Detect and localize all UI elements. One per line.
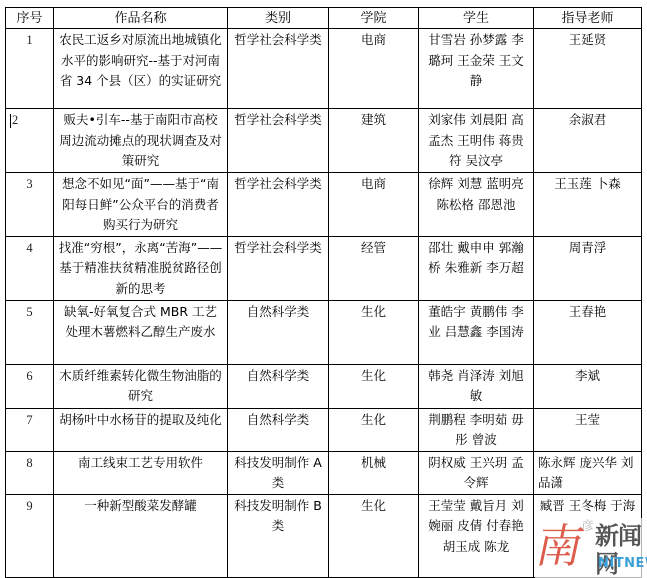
header-title: 作品名称 bbox=[54, 8, 228, 29]
watermark-english-text: NITNEWS bbox=[598, 556, 647, 572]
header-students: 学生 bbox=[419, 8, 534, 29]
project-title: 贩夫•引车--基于南阳市高校周边流动摊点的现状调查及对策研究 bbox=[54, 109, 228, 173]
students: 刘家伟 刘晨阳 高孟杰 王明伟 蒋贵符 吴汶亭 bbox=[419, 109, 534, 173]
advisor: 余淑君 bbox=[534, 109, 642, 173]
project-title: 找准“穷根”，永离“苦海”——基于精准扶贫精准脱贫路径创新的思考 bbox=[54, 236, 228, 300]
row-number: 7 bbox=[6, 408, 54, 451]
award-table: 序号 作品名称 类别 学院 学生 指导老师 1 农民工返乡对原流出地城镇化水平的… bbox=[5, 7, 642, 578]
row-number: 6 bbox=[6, 364, 54, 408]
students: 荆鹏程 李明茹 毋彤 曾波 bbox=[419, 408, 534, 451]
row-number: 3 bbox=[6, 173, 54, 237]
news-site-watermark: 南 新闻网 NITNEWS bbox=[535, 518, 647, 578]
project-title: 南工线束工艺专用软件 bbox=[54, 451, 228, 494]
college: 生化 bbox=[329, 364, 419, 408]
table-row: 1 农民工返乡对原流出地城镇化水平的影响研究--基于对河南省 34 个县（区）的… bbox=[6, 29, 642, 109]
advisor: 王莹 bbox=[534, 408, 642, 451]
row-number: 4 bbox=[6, 236, 54, 300]
category: 哲学社会科学类 bbox=[228, 109, 329, 173]
table-row: 3 想念不如见“面”——基于“南阳每日鲜”公众平台的消费者购买行为研究 哲学社会… bbox=[6, 173, 642, 237]
advisor: 陈永辉 庞兴华 刘品潇 bbox=[534, 451, 642, 494]
project-title: 想念不如见“面”——基于“南阳每日鲜”公众平台的消费者购买行为研究 bbox=[54, 173, 228, 237]
table-row: 8 南工线束工艺专用软件 科技发明制作 A 类 机械 阴权威 王兴玥 孟令辉 陈… bbox=[6, 451, 642, 494]
project-title: 胡杨叶中水杨苷的提取及纯化 bbox=[54, 408, 228, 451]
row-number: 1 bbox=[6, 29, 54, 109]
students: 董皓宇 黄鹏伟 李业 吕慧鑫 李国涛 bbox=[419, 300, 534, 364]
students: 阴权威 王兴玥 孟令辉 bbox=[419, 451, 534, 494]
header-college: 学院 bbox=[329, 8, 419, 29]
category: 哲学社会科学类 bbox=[228, 173, 329, 237]
category: 哲学社会科学类 bbox=[228, 29, 329, 109]
category: 科技发明制作 A 类 bbox=[228, 451, 329, 494]
college: 经管 bbox=[329, 236, 419, 300]
category: 科技发明制作 B 类 bbox=[228, 494, 329, 577]
project-title: 一种新型酸菜发酵罐 bbox=[54, 494, 228, 577]
project-title: 木质纤维素转化微生物油脂的研究 bbox=[54, 364, 228, 408]
college: 建筑 bbox=[329, 109, 419, 173]
advisor: 王春艳 bbox=[534, 300, 642, 364]
category: 哲学社会科学类 bbox=[228, 236, 329, 300]
table-row: 7 胡杨叶中水杨苷的提取及纯化 自然科学类 生化 荆鹏程 李明茹 毋彤 曾波 王… bbox=[6, 408, 642, 451]
header-row: 序号 作品名称 类别 学院 学生 指导老师 bbox=[6, 8, 642, 29]
students: 徐辉 刘慧 蓝明亮 陈松格 邵恩池 bbox=[419, 173, 534, 237]
advisor: 王玉莲 卜森 bbox=[534, 173, 642, 237]
row-number: 9 bbox=[6, 494, 54, 577]
row-number: 2 bbox=[6, 109, 54, 173]
college: 生化 bbox=[329, 300, 419, 364]
advisor: 周青浮 bbox=[534, 236, 642, 300]
project-title: 缺氧-好氧复合式 MBR 工艺处理木薯燃料乙醇生产废水 bbox=[54, 300, 228, 364]
header-category: 类别 bbox=[228, 8, 329, 29]
college: 电商 bbox=[329, 173, 419, 237]
students: 王莹莹 戴旨月 刘婉丽 皮倩 付春艳 胡玉成 陈龙 bbox=[419, 494, 534, 577]
row-number-value: 2 bbox=[12, 113, 18, 127]
table-row: 2 贩夫•引车--基于南阳市高校周边流动摊点的现状调查及对策研究 哲学社会科学类… bbox=[6, 109, 642, 173]
table-row: 4 找准“穷根”，永离“苦海”——基于精准扶贫精准脱贫路径创新的思考 哲学社会科… bbox=[6, 236, 642, 300]
text-cursor bbox=[10, 114, 11, 128]
students: 邵壮 戴申申 郭瀚桥 朱雅新 李万超 bbox=[419, 236, 534, 300]
college: 电商 bbox=[329, 29, 419, 109]
header-advisor: 指导老师 bbox=[534, 8, 642, 29]
table-row: 5 缺氧-好氧复合式 MBR 工艺处理木薯燃料乙醇生产废水 自然科学类 生化 董… bbox=[6, 300, 642, 364]
header-number: 序号 bbox=[6, 8, 54, 29]
row-number: 5 bbox=[6, 300, 54, 364]
college: 生化 bbox=[329, 408, 419, 451]
category: 自然科学类 bbox=[228, 300, 329, 364]
table-row: 6 木质纤维素转化微生物油脂的研究 自然科学类 生化 韩尧 肖泽涛 刘旭敏 李斌 bbox=[6, 364, 642, 408]
college: 机械 bbox=[329, 451, 419, 494]
category: 自然科学类 bbox=[228, 364, 329, 408]
advisor: 王延贤 bbox=[534, 29, 642, 109]
students: 甘雪岩 孙梦露 李璐珂 王金荣 王文静 bbox=[419, 29, 534, 109]
project-title: 农民工返乡对原流出地城镇化水平的影响研究--基于对河南省 34 个县（区）的实证… bbox=[54, 29, 228, 109]
watermark-logo-glyph: 南 bbox=[531, 516, 590, 576]
college: 生化 bbox=[329, 494, 419, 577]
category: 自然科学类 bbox=[228, 408, 329, 451]
students: 韩尧 肖泽涛 刘旭敏 bbox=[419, 364, 534, 408]
row-number: 8 bbox=[6, 451, 54, 494]
advisor: 李斌 bbox=[534, 364, 642, 408]
